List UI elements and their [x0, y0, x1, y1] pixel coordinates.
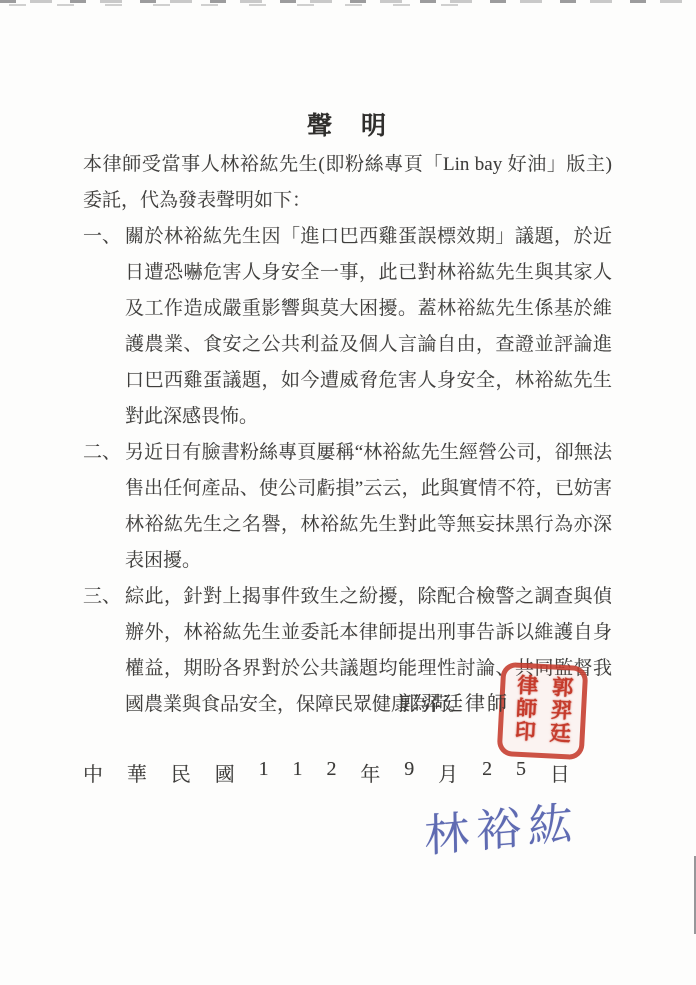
- date-token: 華: [127, 758, 147, 787]
- scanned-statement-page: 聲 明 本律師受當事人林裕紘先生(即粉絲專頁「Lin bay 好油」版主)委託，…: [0, 0, 696, 985]
- item-marker: 三、: [83, 579, 125, 723]
- scan-noise-top-edge: [0, 0, 696, 3]
- date-token: 9: [404, 758, 414, 787]
- item-text: 關於林裕紘先生因「進口巴西雞蛋誤標效期」議題，於近日遭恐嚇危害人身安全一事，此已…: [125, 219, 612, 435]
- item-marker: 一、: [83, 219, 125, 435]
- date-token: 1: [293, 758, 303, 787]
- statement-title: 聲 明: [83, 106, 612, 142]
- lawyer-name: 郭羿廷律師: [399, 687, 509, 716]
- date-token: 月: [438, 758, 458, 787]
- date-token: 民: [171, 758, 191, 787]
- client-handwritten-signature: 林裕紘: [424, 786, 581, 865]
- item-marker: 二、: [83, 435, 125, 579]
- date-token: 年: [360, 758, 380, 787]
- date-line: 中 華 民 國 1 1 2 年 9 月 2 5 日: [83, 758, 570, 787]
- statement-item-2: 二、 另近日有臉書粉絲專頁屢稱“林裕紘先生經營公司，卻無法售出任何產品、使公司虧…: [83, 435, 612, 579]
- date-token: 日: [550, 758, 570, 787]
- statement-body: 本律師受當事人林裕紘先生(即粉絲專頁「Lin bay 好油」版主)委託，代為發表…: [83, 147, 612, 723]
- date-token: 2: [482, 758, 492, 787]
- date-token: 1: [259, 758, 269, 787]
- statement-item-1: 一、 關於林裕紘先生因「進口巴西雞蛋誤標效期」議題，於近日遭恐嚇危害人身安全一事…: [83, 219, 612, 435]
- date-token: 5: [516, 758, 526, 787]
- lawyer-seal-stamp: 郭羿廷律師印: [497, 662, 589, 760]
- seal-text: 郭羿廷律師印: [506, 673, 580, 749]
- date-token: 國: [215, 758, 235, 787]
- item-text: 另近日有臉書粉絲專頁屢稱“林裕紘先生經營公司，卻無法售出任何產品、使公司虧損”云…: [125, 435, 612, 579]
- date-token: 2: [326, 758, 336, 787]
- intro-paragraph: 本律師受當事人林裕紘先生(即粉絲專頁「Lin bay 好油」版主)委託，代為發表…: [83, 147, 612, 219]
- scan-noise-top-edge-secondary: [0, 4, 473, 6]
- date-token: 中: [83, 758, 103, 787]
